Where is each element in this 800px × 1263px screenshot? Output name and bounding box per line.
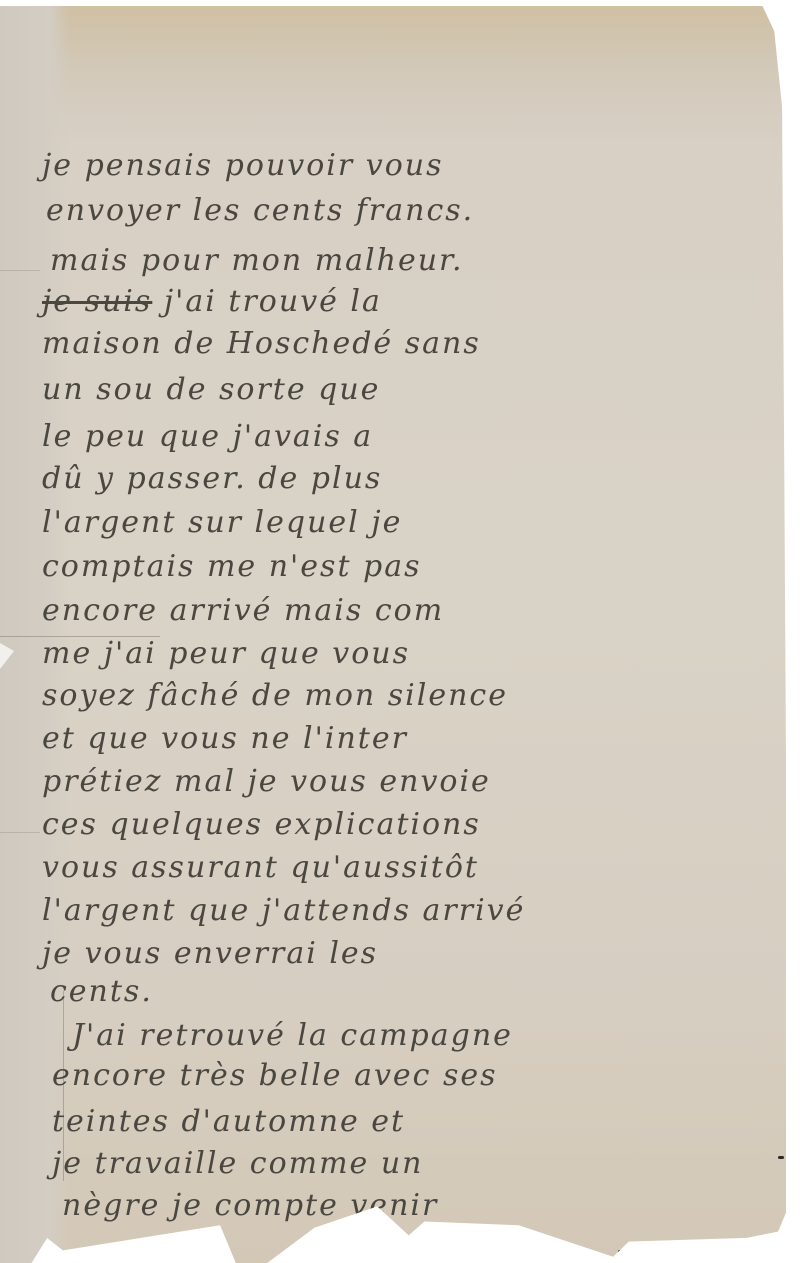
text-line: je travaille comme un xyxy=(52,1144,423,1184)
text-line: je pensais pouvoir vous xyxy=(42,146,443,186)
struck-word: je suis xyxy=(42,284,152,319)
text-line: encore arrivé mais com xyxy=(42,591,444,631)
text-line: l'argent sur lequel je xyxy=(42,503,402,543)
fold-tear xyxy=(0,643,14,669)
text-line: ces quelques explications xyxy=(42,805,481,845)
text-line: prétiez mal je vous envoie xyxy=(42,762,491,802)
text-line: je vous enverrai les xyxy=(42,934,378,974)
text-line: encore très belle avec ses xyxy=(52,1056,498,1096)
text-line: le peu que j'avais a xyxy=(42,417,373,457)
text-line: teintes d'automne et xyxy=(52,1102,405,1142)
text-line: l'argent que j'attends arrivé xyxy=(42,891,525,931)
text-line: et que vous ne l'inter xyxy=(42,719,408,759)
text-line: envoyer les cents francs. xyxy=(46,191,474,231)
text-line: dû y passer. de plus xyxy=(42,459,382,499)
text-line: mais pour mon malheur. xyxy=(50,241,464,281)
text-line: je suis j'ai trouvé la xyxy=(42,282,382,322)
text-line: un sou de sorte que xyxy=(42,370,380,410)
text-line: vous assurant qu'aussitôt xyxy=(42,848,479,888)
text-line: comptais me n'est pas xyxy=(42,547,422,587)
fold-mark-upper xyxy=(0,270,40,271)
text-line: maison de Hoschedé sans xyxy=(42,324,481,364)
ink-blemish xyxy=(778,1156,784,1159)
paper-stain xyxy=(0,6,786,96)
letter-page: je pensais pouvoir vous envoyer les cent… xyxy=(0,6,786,1263)
fold-mark-lower xyxy=(0,832,40,833)
text-line: me j'ai peur que vous xyxy=(42,634,410,674)
text-line: nègre je compte venir xyxy=(62,1186,438,1226)
text-line: soyez fâché de mon silence xyxy=(42,676,508,716)
text-line: J'ai retrouvé la campagne xyxy=(72,1016,513,1056)
text-line: cents. xyxy=(50,972,153,1012)
ink-blemish xyxy=(618,1250,624,1253)
